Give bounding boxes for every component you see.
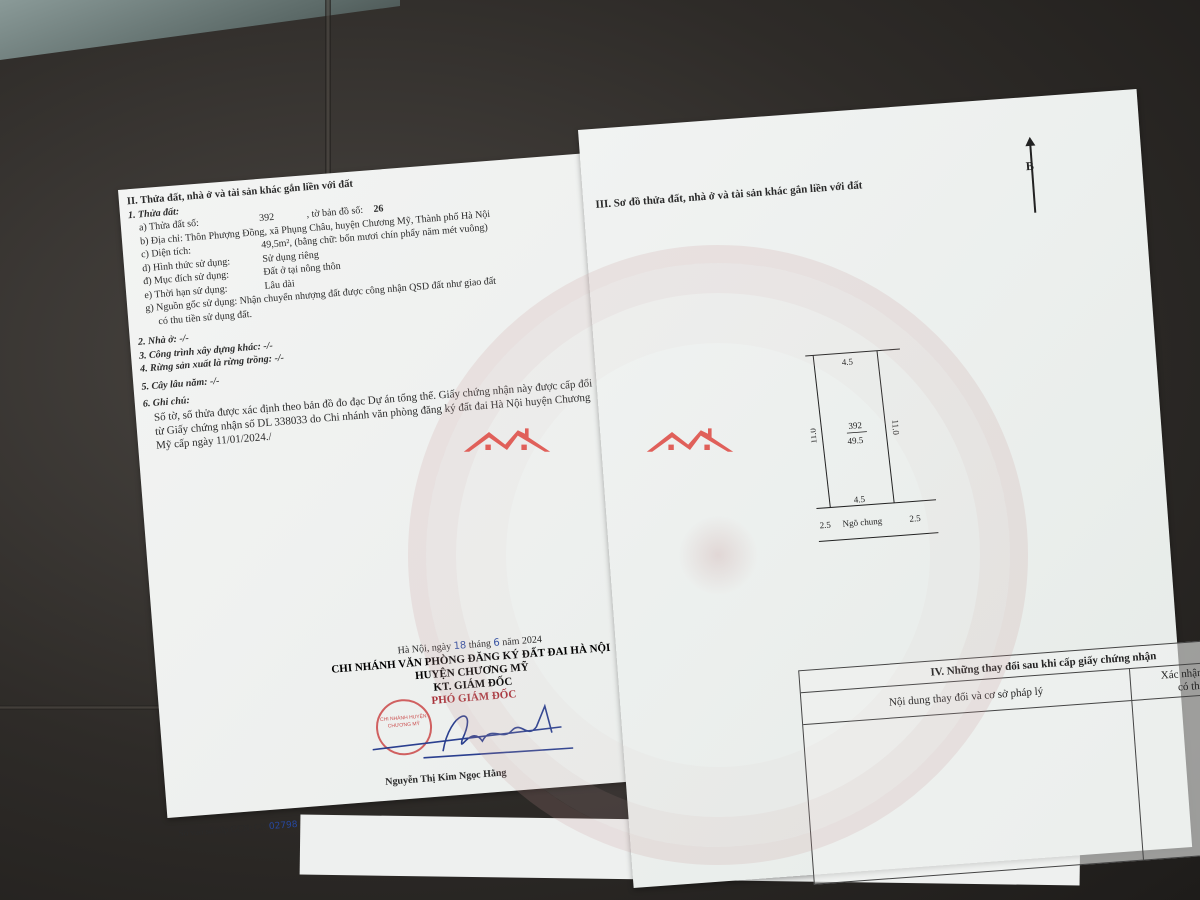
house-roof-logo-icon [645,425,735,457]
house-roof-logo-icon [462,425,552,457]
certificate-document: II. Thửa đất, nhà ở và tài sản khác gắn … [118,70,1148,870]
north-arrow: B [1020,136,1045,212]
registration-number-value: 02798 [269,820,298,832]
background-glass [0,0,400,60]
authority-confirmation-cell [1132,689,1200,859]
north-label: B [1025,159,1034,175]
registration-number: Số vào sổ cấp GCN: CN 02798 [178,818,298,842]
drum-star-watermark [678,515,758,595]
signer-name: Nguyễn Thị Kim Ngọc Hằng [385,766,507,789]
section3-title: III. Sơ đồ thửa đất, nhà ở và tài sản kh… [595,179,863,212]
map-sheet-number: 26 [373,203,384,215]
